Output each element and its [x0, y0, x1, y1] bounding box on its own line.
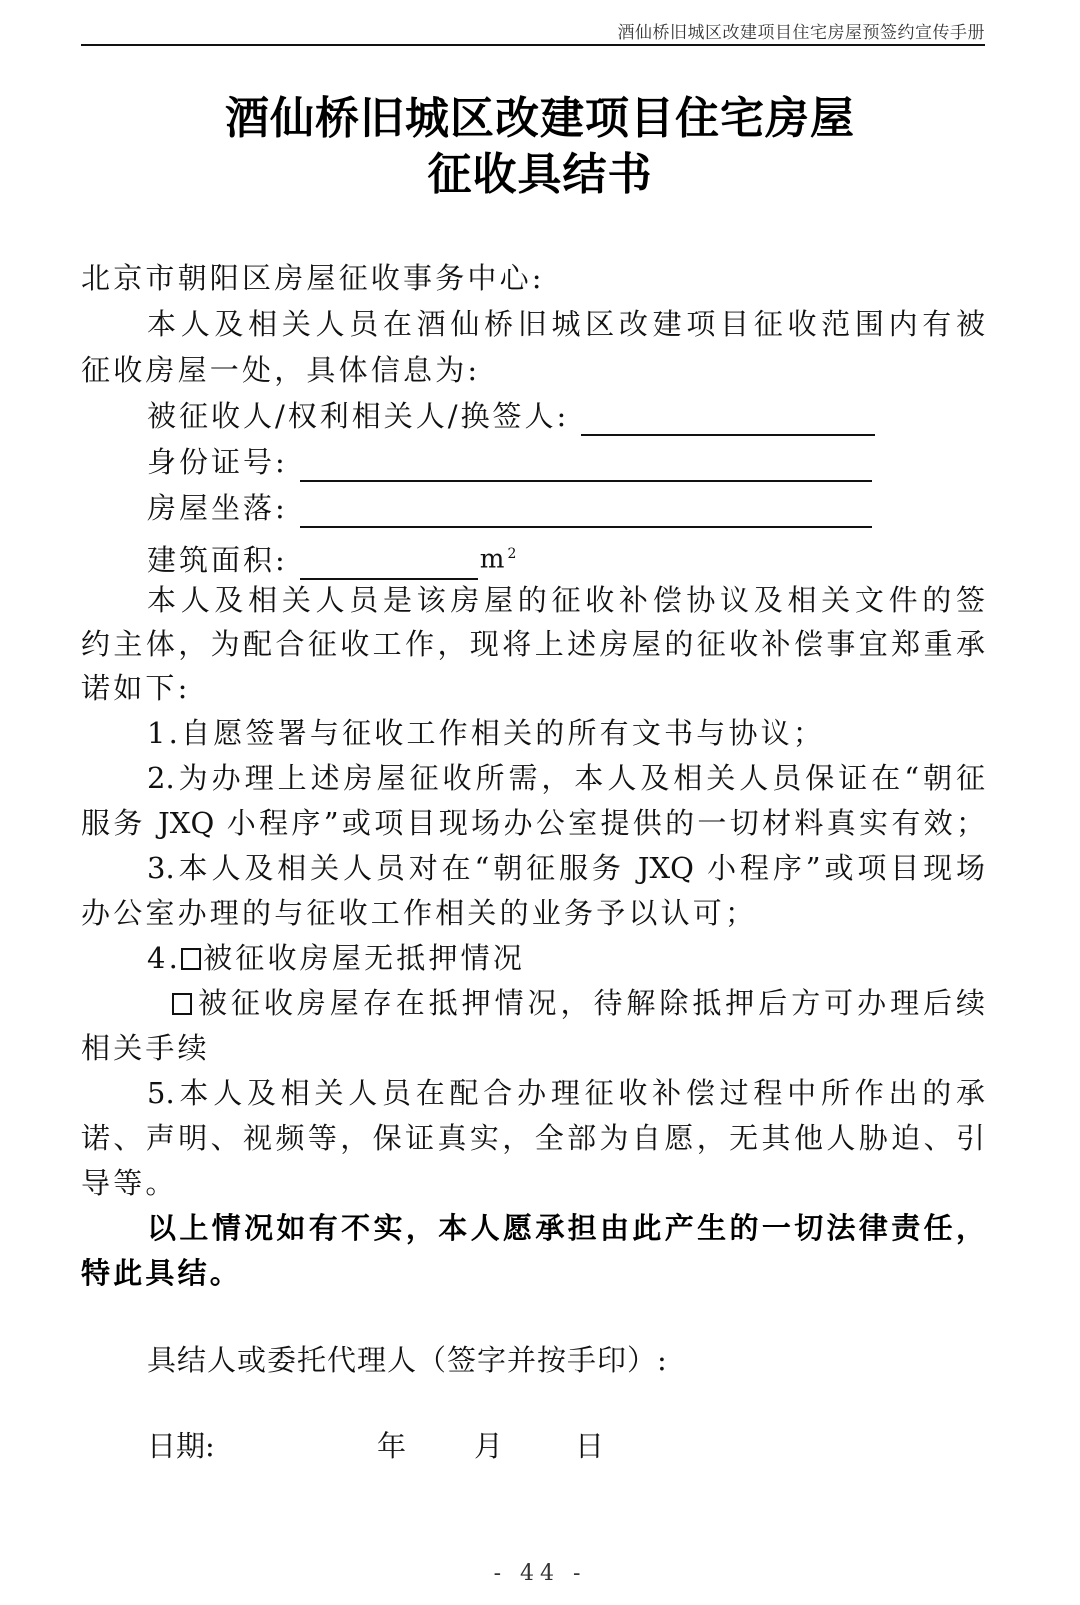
has-mortgage-label: 被征收房屋存在抵押情况，待解除抵押后方可办理后续 — [194, 986, 985, 1020]
field-id-number: 身份证号: — [147, 442, 872, 482]
commitment-intro-line2: 约主体，为配合征收工作，现将上述房屋的征收补偿事宜郑重承 — [81, 624, 985, 664]
house-location-input[interactable] — [300, 496, 872, 528]
building-area-input[interactable] — [300, 548, 478, 580]
no-mortgage-label: 被征收房屋无抵押情况 — [203, 941, 525, 975]
field-expropriated-person: 被征收人/权利相关人/换签人: — [147, 396, 875, 436]
date-year-input[interactable] — [230, 1426, 370, 1466]
date-day-input[interactable] — [508, 1426, 568, 1466]
header-divider — [81, 44, 985, 46]
field-label: 房屋坐落: — [147, 488, 288, 528]
signature-field[interactable] — [700, 1340, 980, 1380]
intro-line1: 本人及相关人员在酒仙桥旧城区改建项目征收范围内有被 — [147, 304, 985, 344]
item-2-line2: 服务 JXQ 小程序”或项目现场办公室提供的一切材料真实有效； — [81, 803, 985, 843]
item-4-option-mortgage: 被征收房屋存在抵押情况，待解除抵押后方可办理后续 — [172, 983, 985, 1023]
expropriated-person-input[interactable] — [581, 404, 875, 436]
field-building-area: 建筑面积: m2 — [147, 534, 519, 580]
date-month-input[interactable] — [412, 1426, 472, 1466]
item-4-option-mortgage-line2: 相关手续 — [81, 1028, 985, 1068]
commitment-intro-line1: 本人及相关人员是该房屋的征收补偿协议及相关文件的签 — [147, 580, 985, 620]
field-label: 建筑面积: — [147, 540, 288, 580]
item-5-line1: 5.本人及相关人员在配合办理征收补偿过程中所作出的承 — [147, 1073, 985, 1113]
document-title-line2: 征收具结书 — [0, 138, 1080, 202]
running-header: 酒仙桥旧城区改建项目住宅房屋预签约宣传手册 — [81, 18, 985, 43]
id-number-input[interactable] — [300, 450, 872, 482]
item-1: 1.自愿签署与征收工作相关的所有文书与协议； — [147, 713, 985, 753]
item-5-line3: 导等。 — [81, 1163, 985, 1203]
field-house-location: 房屋坐落: — [147, 488, 872, 528]
date-label: 日期: — [147, 1426, 215, 1466]
item-2-line1: 2.为办理上述房屋征收所需，本人及相关人员保证在“朝征 — [147, 758, 985, 798]
page-number: - 44 - — [0, 1561, 1080, 1586]
item-4-option-no-mortgage: 4.被征收房屋无抵押情况 — [147, 938, 985, 978]
document-title-line1: 酒仙桥旧城区改建项目住宅房屋 — [0, 82, 1080, 146]
item-4-prefix: 4. — [147, 941, 181, 975]
item-5-line2: 诺、声明、视频等，保证真实，全部为自愿，无其他人胁迫、引 — [81, 1118, 985, 1158]
item-3-line1: 3.本人及相关人员对在“朝征服务 JXQ 小程序”或项目现场 — [147, 848, 985, 888]
intro-line2: 征收房屋一处，具体信息为: — [81, 350, 985, 390]
item-3-line2: 办公室办理的与征收工作相关的业务予以认可； — [81, 893, 985, 933]
date-month-label: 月 — [474, 1426, 503, 1466]
commitment-intro-line3: 诺如下: — [81, 668, 985, 708]
has-mortgage-checkbox[interactable] — [172, 993, 192, 1015]
field-label: 身份证号: — [147, 442, 288, 482]
addressee: 北京市朝阳区房屋征收事务中心: — [81, 258, 985, 298]
area-unit: m2 — [480, 534, 520, 580]
no-mortgage-checkbox[interactable] — [181, 948, 201, 970]
declaration-line1: 以上情况如有不实，本人愿承担由此产生的一切法律责任， — [147, 1208, 985, 1248]
date-day-label: 日 — [575, 1426, 604, 1466]
date-year-label: 年 — [377, 1426, 406, 1466]
declaration-line2: 特此具结。 — [81, 1253, 985, 1293]
field-label: 被征收人/权利相关人/换签人: — [147, 396, 569, 436]
